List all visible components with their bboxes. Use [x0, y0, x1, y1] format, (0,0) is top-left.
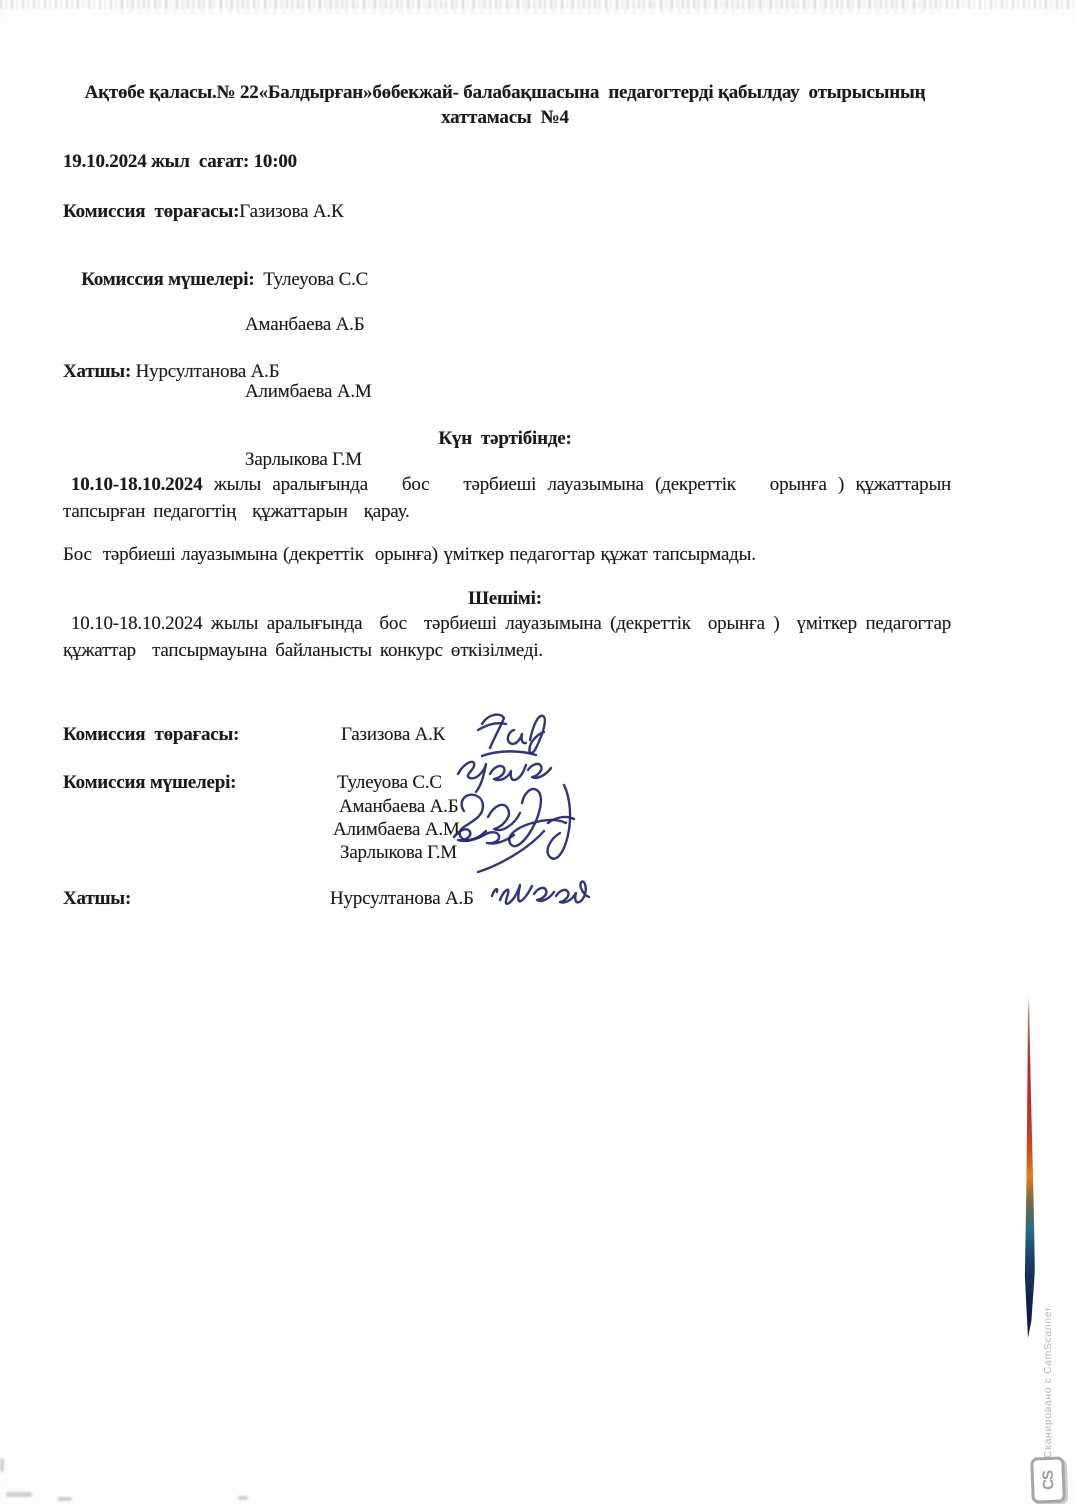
secretary-name: Нурсултанова А.Б: [136, 361, 280, 382]
agenda-item-paragraph: 10.10-18.10.2024 жылы аралығында бос тәр…: [63, 471, 951, 525]
scan-speck: [238, 1496, 248, 1500]
sig-member-name: Зарлыкова Г.М: [340, 842, 457, 864]
camscanner-logo-icon: CS: [1030, 1456, 1066, 1503]
sig-secretary-name: Нурсултанова А.Б: [330, 888, 474, 910]
agenda-heading: Күн тәртібінде:: [63, 428, 947, 450]
document-title-line1: Ақтөбе қаласы.№ 22«Балдырған»бөбекжай- б…: [63, 80, 947, 105]
camscanner-logo-letters: CS: [1039, 1470, 1057, 1489]
sig-member-name: Алимбаева А.М: [333, 819, 460, 841]
secretary-label: Хатшы:: [63, 361, 131, 382]
scan-edge-color-stripe: [1022, 995, 1035, 1338]
commission-member: Зарлыкова Г.М: [63, 449, 372, 472]
commission-chair-label: Комиссия төрағасы:: [63, 201, 239, 222]
commission-chair-line: Комиссия төрағасы:Газизова А.К: [63, 201, 343, 223]
camscanner-watermark-text: Сканировано с CamScanner: [1042, 1262, 1058, 1458]
signature-secretary-ink: [488, 870, 593, 920]
document-datetime: 19.10.2024 жыл сағат: 10:00: [63, 151, 297, 173]
scan-speck: [0, 1458, 4, 1472]
scan-speck: [58, 1497, 72, 1501]
commission-chair-name: Газизова А.К: [239, 201, 343, 222]
sig-chair-label: Комиссия төрағасы:: [63, 724, 239, 746]
decision-heading: Шешімі:: [63, 588, 947, 610]
sig-secretary-label: Хатшы:: [63, 888, 131, 910]
sig-members-label: Комиссия мүшелері:: [63, 772, 236, 794]
scanned-document-page: Ақтөбе қаласы.№ 22«Балдырған»бөбекжай- б…: [0, 0, 1076, 1504]
sig-chair-name: Газизова А.К: [341, 724, 445, 746]
decision-paragraph: 10.10-18.10.2024 жылы аралығында бос тәр…: [63, 610, 951, 664]
scan-noise-top-edge-soft: [120, 0, 940, 14]
signature-members-ink: [448, 775, 588, 880]
sig-member-name: Тулеуова С.С: [337, 772, 442, 794]
commission-member: Аманбаева А.Б: [63, 314, 372, 337]
agenda-item-date: 10.10-18.10.2024: [71, 474, 202, 495]
agenda-note-paragraph: Бос тәрбиеші лауазымына (декреттік орынғ…: [63, 541, 951, 568]
commission-member: Тулеуова С.С: [263, 269, 368, 290]
document-title-line2: хаттамасы №4: [63, 105, 947, 130]
commission-members-label: Комиссия мүшелері:: [81, 269, 263, 292]
commission-member: Алимбаева А.М: [63, 381, 372, 404]
secretary-line: Хатшы: Нурсултанова А.Б: [63, 361, 279, 383]
scan-speck: [6, 1492, 32, 1497]
sig-member-name: Аманбаева А.Б: [339, 796, 458, 818]
